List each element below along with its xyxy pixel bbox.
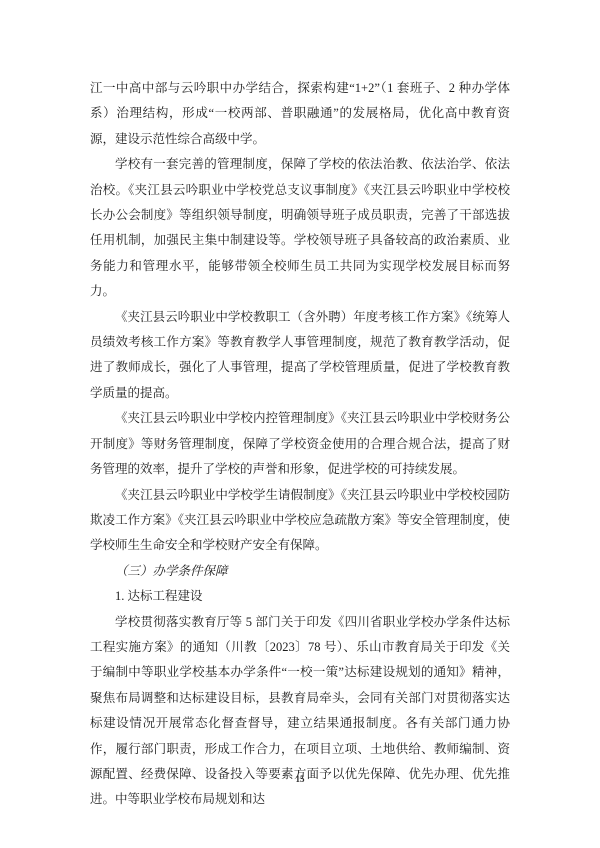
page-number: 15 bbox=[296, 774, 305, 784]
subsection-heading: 1. 达标工程建设 bbox=[90, 584, 510, 609]
paragraph: 《夹江县云吟职业中学校学生请假制度》《夹江县云吟职业中学校校园防欺凌工作方案》《… bbox=[90, 483, 510, 559]
page-content: 江一中高中部与云吟职中办学结合，探索构建“1+2”（1 套班子、2 种办学体系）… bbox=[90, 76, 510, 813]
paragraph: 学校有一套完善的管理制度，保障了学校的依法治教、依法治学、依法治校。《夹江县云吟… bbox=[90, 152, 510, 304]
paragraph-continuation: 江一中高中部与云吟职中办学结合，探索构建“1+2”（1 套班子、2 种办学体系）… bbox=[90, 76, 510, 152]
page-footer: 15 bbox=[0, 774, 600, 784]
paragraph: 《夹江县云吟职业中学校教职工（含外聘）年度考核工作方案》《统筹人员绩效考核工作方… bbox=[90, 305, 510, 407]
section-heading: （三）办学条件保障 bbox=[90, 559, 510, 584]
paragraph: 《夹江县云吟职业中学校内控管理制度》《夹江县云吟职业中学校财务公开制度》等财务管… bbox=[90, 406, 510, 482]
document-page: 江一中高中部与云吟职中办学结合，探索构建“1+2”（1 套班子、2 种办学体系）… bbox=[0, 0, 600, 848]
